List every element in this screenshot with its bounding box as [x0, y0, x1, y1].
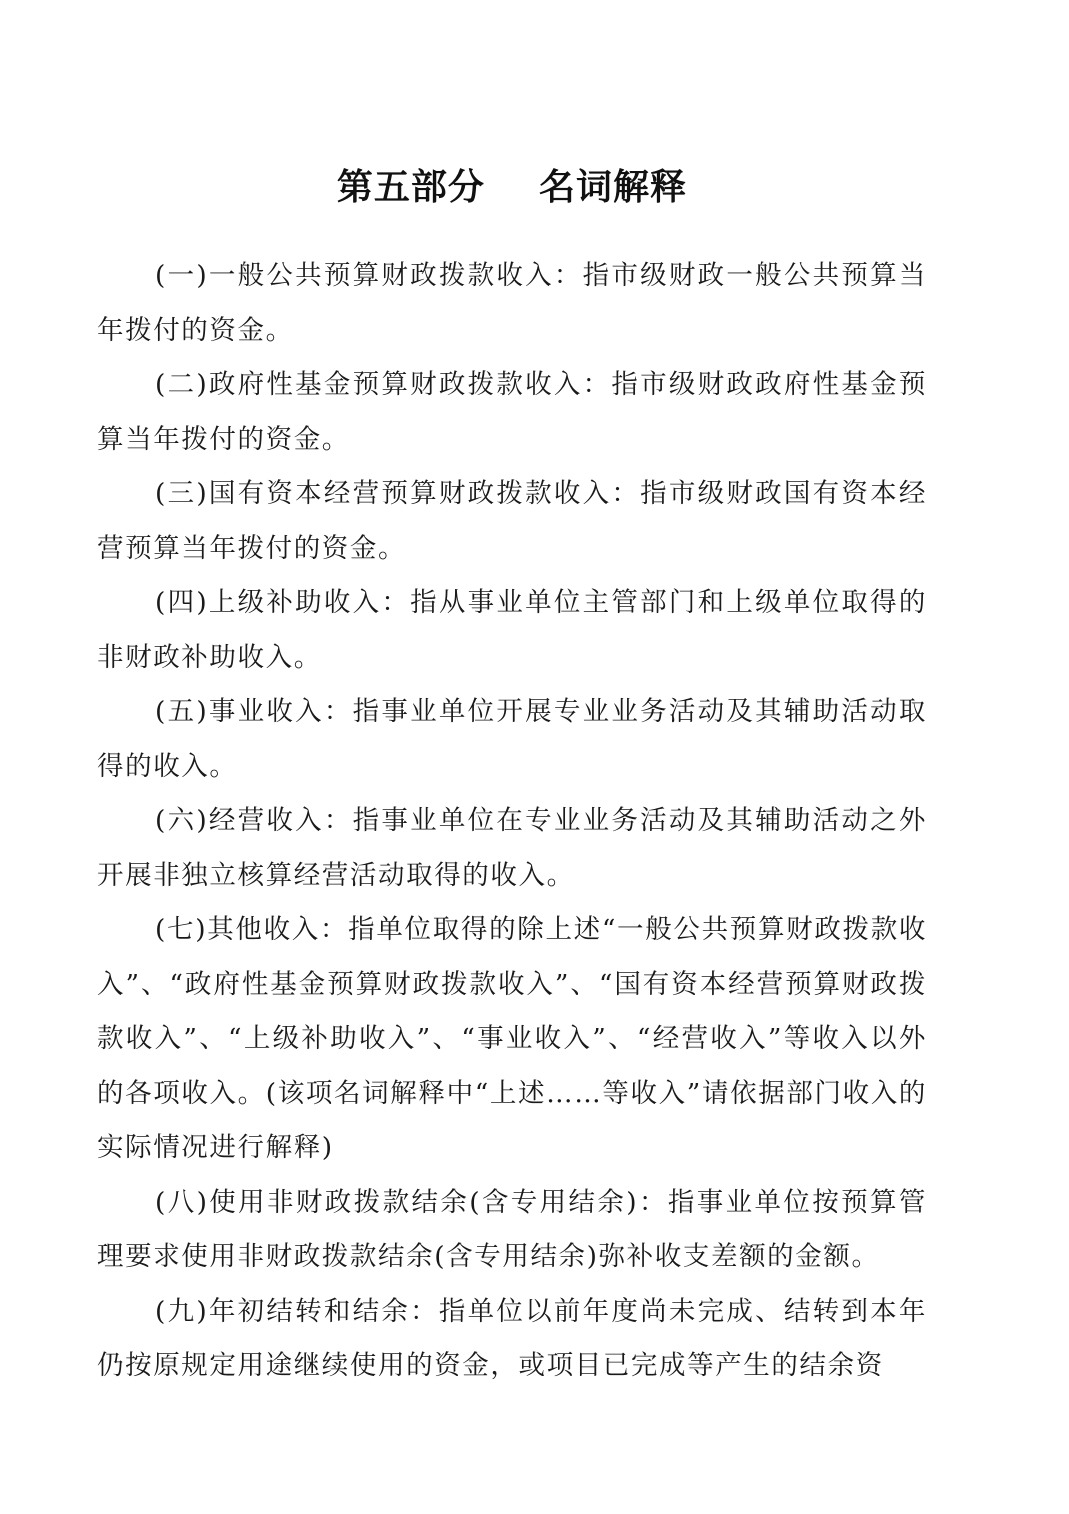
glossary-item-9: (九)年初结转和结余：指单位以前年度尚未完成、结转到本年仍按原规定用途继续使用的… — [97, 1285, 927, 1394]
glossary-body: (一)一般公共预算财政拨款收入：指市级财政一般公共预算当年拨付的资金。 (二)政… — [97, 249, 927, 1394]
glossary-item-6: (六)经营收入：指事业单位在专业业务活动及其辅助活动之外开展非独立核算经营活动取… — [97, 794, 927, 903]
glossary-item-5: (五)事业收入：指事业单位开展专业业务活动及其辅助活动取得的收入。 — [97, 685, 927, 794]
glossary-item-8: (八)使用非财政拨款结余(含专用结余)：指事业单位按预算管理要求使用非财政拨款结… — [97, 1176, 927, 1285]
glossary-item-4: (四)上级补助收入：指从事业单位主管部门和上级单位取得的非财政补助收入。 — [97, 576, 927, 685]
glossary-item-2: (二)政府性基金预算财政拨款收入：指市级财政政府性基金预算当年拨付的资金。 — [97, 358, 927, 467]
document-page: 第五部分 名词解释 (一)一般公共预算财政拨款收入：指市级财政一般公共预算当年拨… — [0, 0, 1069, 1514]
glossary-item-3: (三)国有资本经营预算财政拨款收入：指市级财政国有资本经营预算当年拨付的资金。 — [97, 467, 927, 576]
glossary-item-1: (一)一般公共预算财政拨款收入：指市级财政一般公共预算当年拨付的资金。 — [97, 249, 927, 358]
page-title: 第五部分 名词解释 — [0, 160, 1024, 216]
glossary-item-7: (七)其他收入：指单位取得的除上述“一般公共预算财政拨款收入”、“政府性基金预算… — [97, 903, 927, 1176]
